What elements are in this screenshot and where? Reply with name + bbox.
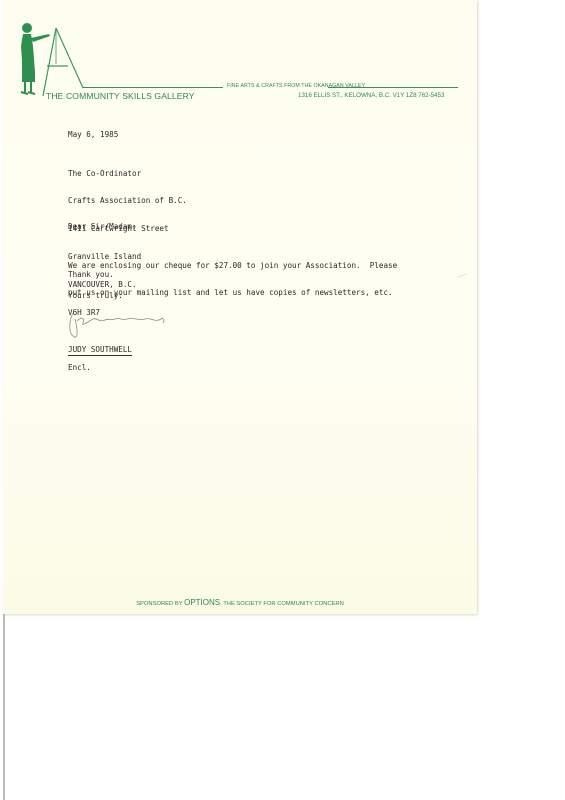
letter-page: FINE ARTS & CRAFTS FROM THE OKANAGAN VAL… — [3, 0, 477, 614]
sponsor-suffix: , THE SOCIETY FOR COMMUNITY CONCERN — [220, 601, 344, 607]
sponsor-org: OPTIONS — [184, 598, 220, 607]
enclosure-note: Encl. — [68, 363, 91, 372]
sponsor-footer: SPONSORED BY OPTIONS, THE SOCIETY FOR CO… — [3, 598, 477, 607]
salutation: Dear Sir/Madam: — [68, 222, 137, 231]
body-paragraph: We are enclosing our cheque for $27.00 t… — [68, 242, 397, 316]
sponsor-prefix: SPONSORED BY — [136, 601, 184, 607]
letterhead-tagline: FINE ARTS & CRAFTS FROM THE OKANAGAN VAL… — [227, 83, 365, 89]
signer-name: JUDY SOUTHWELL — [68, 345, 132, 356]
recipient-line: Crafts Association of B.C. — [68, 196, 187, 205]
artist-at-easel-logo-icon — [13, 20, 93, 100]
closing-line: Yours truly: — [68, 291, 123, 300]
letter-date: May 6, 1985 — [68, 130, 118, 139]
scan-edge — [3, 614, 5, 800]
organization-address: 1316 ELLIS ST., KELOWNA, B.C. V1Y 1Z8 76… — [298, 92, 444, 99]
signature-icon — [65, 307, 175, 341]
paper-mark — [457, 274, 469, 284]
recipient-line: The Co-Ordinator — [68, 169, 187, 178]
letterhead-rule-left — [83, 87, 223, 88]
thanks-line: Thank you. — [68, 270, 114, 279]
organization-name: THE COMMUNITY SKILLS GALLERY — [46, 91, 195, 101]
letterhead-rule-right — [328, 87, 458, 88]
body-line: We are enclosing our cheque for $27.00 t… — [68, 261, 397, 270]
